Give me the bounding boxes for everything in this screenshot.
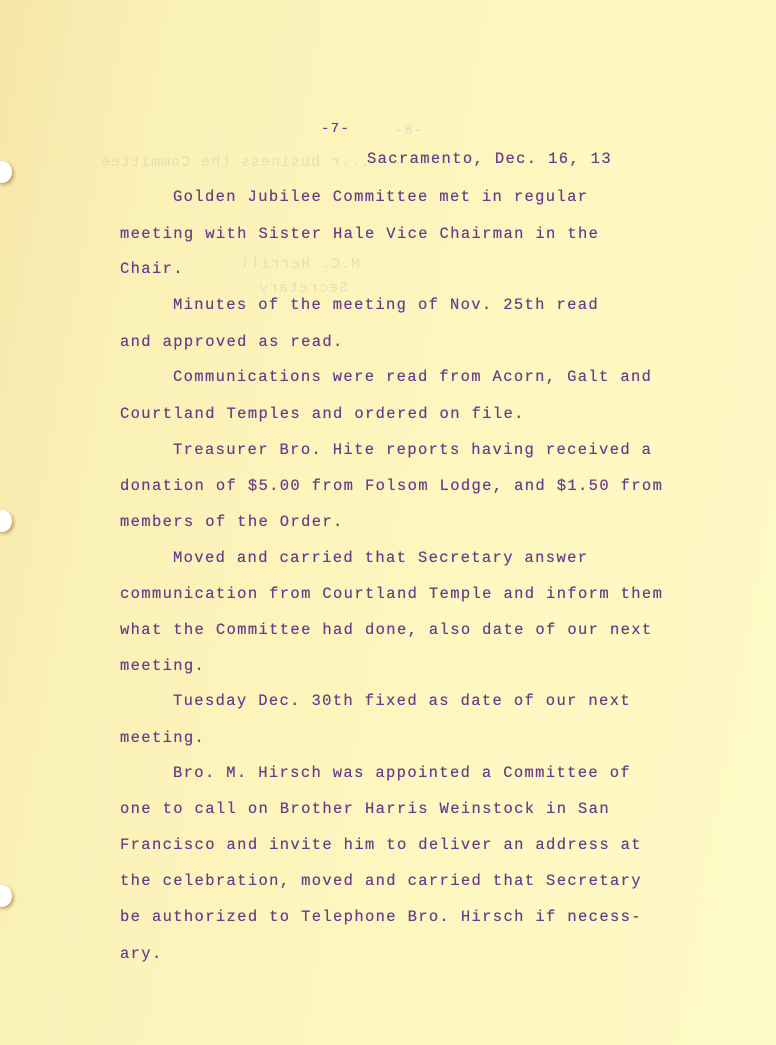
reverse-page-number: -8- — [395, 123, 423, 139]
typed-line: Minutes of the meeting of Nov. 25th read — [173, 296, 599, 314]
page-number: -7- — [321, 121, 350, 137]
typed-line: Tuesday Dec. 30th fixed as date of our n… — [173, 692, 631, 710]
typed-line: what the Committee had done, also date o… — [120, 621, 653, 639]
typed-line: members of the Order. — [120, 513, 344, 531]
typed-line: donation of $5.00 from Folsom Lodge, and… — [120, 477, 663, 495]
typed-line: meeting. — [120, 657, 205, 675]
bleed-through-text: Secretary — [258, 280, 348, 297]
typed-line: Communications were read from Acorn, Gal… — [173, 368, 652, 386]
typed-line: Chair. — [120, 260, 184, 278]
typed-line: Treasurer Bro. Hite reports having recei… — [173, 441, 652, 459]
typed-line: Courtland Temples and ordered on file. — [120, 405, 525, 423]
typed-line: one to call on Brother Harris Weinstock … — [120, 800, 610, 818]
binder-hole — [0, 885, 12, 907]
typed-line: be authorized to Telephone Bro. Hirsch i… — [120, 908, 642, 926]
typed-line: Francisco and invite him to deliver an a… — [120, 836, 642, 854]
typed-line: communication from Courtland Temple and … — [120, 585, 663, 603]
dateline: Sacramento, Dec. 16, 13 — [367, 150, 612, 168]
typed-line: ary. — [120, 945, 163, 963]
typed-line: Moved and carried that Secretary answer — [173, 549, 588, 567]
binder-hole — [0, 510, 12, 532]
binder-hole — [0, 161, 12, 183]
typed-line: the celebration, moved and carried that … — [120, 872, 642, 890]
document-page: ...r business the Committee M.C. Herrill… — [0, 0, 776, 1045]
bleed-through-text: M.C. Herrill — [240, 256, 360, 273]
typed-line: and approved as read. — [120, 333, 344, 351]
typed-line: Bro. M. Hirsch was appointed a Committee… — [173, 764, 631, 782]
typed-line: meeting with Sister Hale Vice Chairman i… — [120, 225, 599, 243]
typed-line: meeting. — [120, 729, 205, 747]
typed-line: Golden Jubilee Committee met in regular — [173, 188, 588, 206]
bleed-through-text: ...r business the Committee — [100, 154, 370, 171]
